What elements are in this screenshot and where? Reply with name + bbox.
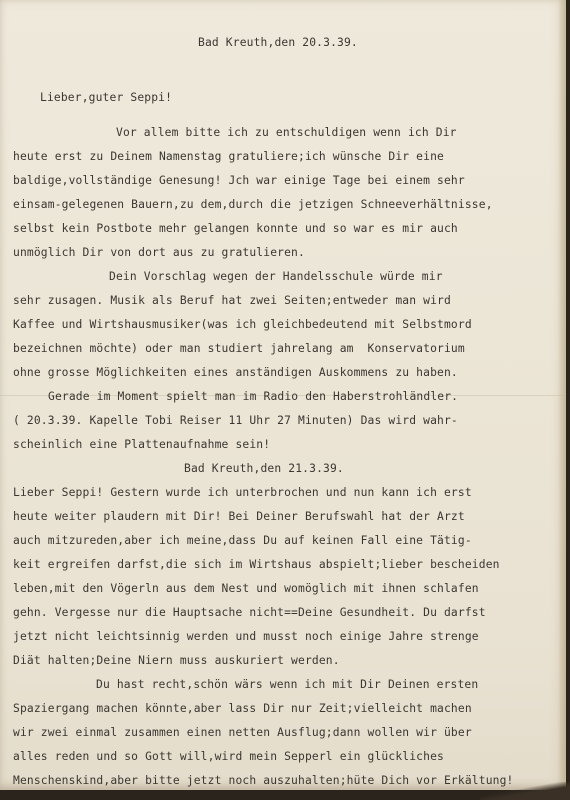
date-header-1: Bad Kreuth,den 20.3.39. [198,36,358,49]
paragraph-1-line: baldige,vollständige Genesung! Jch war e… [13,174,465,187]
paragraph-5-line: alles reden und so Gott will,wird mein S… [13,750,444,763]
paragraph-4-line: gehn. Vergesse nur die Hauptsache nicht=… [13,606,486,619]
paragraph-5-line: Du hast recht,schön wärs wenn ich mit Di… [96,678,478,691]
paragraph-5-line: Menschenskind,aber bitte jetzt noch ausz… [13,774,514,787]
letter-body: Bad Kreuth,den 20.3.39. Lieber,guter Sep… [0,0,570,481]
paragraph-4-line: Diät halten;Deine Niern muss auskuriert … [13,654,340,667]
paragraph-4-line: heute weiter plaudern mit Dir! Bei Deine… [13,510,465,523]
paragraph-3-line: scheinlich eine Plattenaufnahme sein! [13,438,270,451]
paragraph-4-line: jetzt nicht leichtsinnig werden und muss… [13,630,479,643]
paragraph-1-line: heute erst zu Deinem Namenstag gratulier… [13,150,444,163]
paragraph-1-line: Vor allem bitte ich zu entschuldigen wen… [116,126,457,139]
paragraph-4-line: auch mitzureden,aber ich meine,dass Du a… [13,534,472,547]
paragraph-2-line: sehr zusagen. Musik als Beruf hat zwei S… [13,294,451,307]
paragraph-2-line: bezeichnen möchte) oder man studiert jah… [13,342,465,355]
paragraph-1-line: unmöglich Dir von dort aus zu gratuliere… [13,246,305,259]
paragraph-5-line: Spaziergang machen könnte,aber lass Dir … [13,702,472,715]
paragraph-2-line: Kaffee und Wirtshausmusiker(was ich glei… [13,318,472,331]
paragraph-3-line: ( 20.3.39. Kapelle Tobi Reiser 11 Uhr 27… [13,414,458,427]
salutation: Lieber,guter Seppi! [40,91,172,104]
paragraph-3-line: Gerade im Moment spielt man im Radio den… [48,390,458,403]
paragraph-1-line: einsam-gelegenen Bauern,zu dem,durch die… [13,198,493,211]
paragraph-1-line: selbst kein Postbote mehr gelangen konnt… [13,222,458,235]
paragraph-4-line: leben,mit den Vögerln aus dem Nest und w… [13,582,479,595]
paragraph-5-line: wir zwei einmal zusammen einen netten Au… [13,726,472,739]
paragraph-4-line: keit ergreifen darfst,die sich im Wirtsh… [13,558,500,571]
paragraph-4-line: Lieber Seppi! Gestern wurde ich unterbro… [13,486,472,499]
paragraph-2-line: Dein Vorschlag wegen der Handelsschule w… [109,270,443,283]
paragraph-2-line: ohne grosse Möglichkeiten eines anständi… [13,366,458,379]
date-header-2: Bad Kreuth,den 21.3.39. [184,462,344,475]
